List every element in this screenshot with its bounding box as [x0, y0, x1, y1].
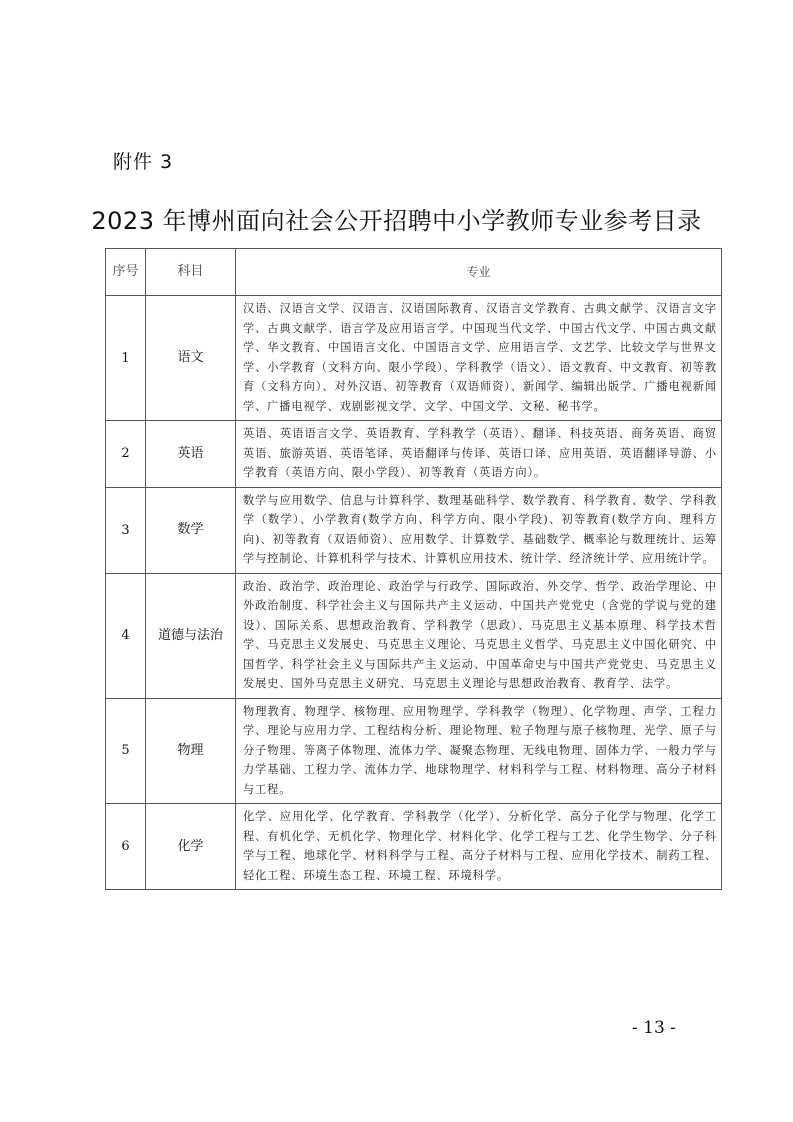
- row-index: 1: [106, 296, 146, 421]
- row-index: 3: [106, 487, 146, 573]
- row-subject: 语文: [146, 296, 236, 421]
- table-row: 2 英语 英语、英语语言文学、英语教育、学科教学（英语）、翻译、科技英语、商务英…: [106, 421, 722, 488]
- document-title: 2023 年博州面向社会公开招聘中小学教师专业参考目录: [0, 201, 793, 236]
- row-majors: 化学、应用化学、化学教育、学科教学（化学）、分析化学、高分子化学与物理、化学工程…: [236, 804, 722, 890]
- table-row: 3 数学 数学与应用数学、信息与计算科学、数理基础科学、数学教育、科学教育、数学…: [106, 487, 722, 573]
- row-subject: 英语: [146, 421, 236, 488]
- row-majors: 汉语、汉语言文学、汉语言、汉语国际教育、汉语言文学教育、古典文献学、汉语言文字学…: [236, 296, 722, 421]
- majors-table: 序号 科目 专业 1 语文 汉语、汉语言文学、汉语言、汉语国际教育、汉语言文学教…: [105, 248, 722, 890]
- table-row: 4 道德与法治 政治、政治学、政治理论、政治学与行政学、国际政治、外交学、哲学、…: [106, 573, 722, 698]
- page-number: - 13 -: [632, 1018, 676, 1038]
- table-row: 1 语文 汉语、汉语言文学、汉语言、汉语国际教育、汉语言文学教育、古典文献学、汉…: [106, 296, 722, 421]
- row-majors: 英语、英语语言文学、英语教育、学科教学（英语）、翻译、科技英语、商务英语、商贸英…: [236, 421, 722, 488]
- attachment-label: 附件 3: [113, 147, 173, 174]
- row-index: 6: [106, 804, 146, 890]
- table-row: 6 化学 化学、应用化学、化学教育、学科教学（化学）、分析化学、高分子化学与物理…: [106, 804, 722, 890]
- row-subject: 物理: [146, 698, 236, 804]
- header-subject: 科目: [146, 249, 236, 296]
- header-majors: 专业: [236, 249, 722, 296]
- row-subject: 数学: [146, 487, 236, 573]
- table-header-row: 序号 科目 专业: [106, 249, 722, 296]
- row-majors: 政治、政治学、政治理论、政治学与行政学、国际政治、外交学、哲学、政治学理论、中外…: [236, 573, 722, 698]
- row-subject: 化学: [146, 804, 236, 890]
- row-index: 2: [106, 421, 146, 488]
- row-majors: 数学与应用数学、信息与计算科学、数理基础科学、数学教育、科学教育、数学、学科教学…: [236, 487, 722, 573]
- row-index: 5: [106, 698, 146, 804]
- header-index: 序号: [106, 249, 146, 296]
- row-subject: 道德与法治: [146, 573, 236, 698]
- table-row: 5 物理 物理教育、物理学、核物理、应用物理学、学科教学（物理）、化学物理、声学…: [106, 698, 722, 804]
- row-majors: 物理教育、物理学、核物理、应用物理学、学科教学（物理）、化学物理、声学、工程力学…: [236, 698, 722, 804]
- row-index: 4: [106, 573, 146, 698]
